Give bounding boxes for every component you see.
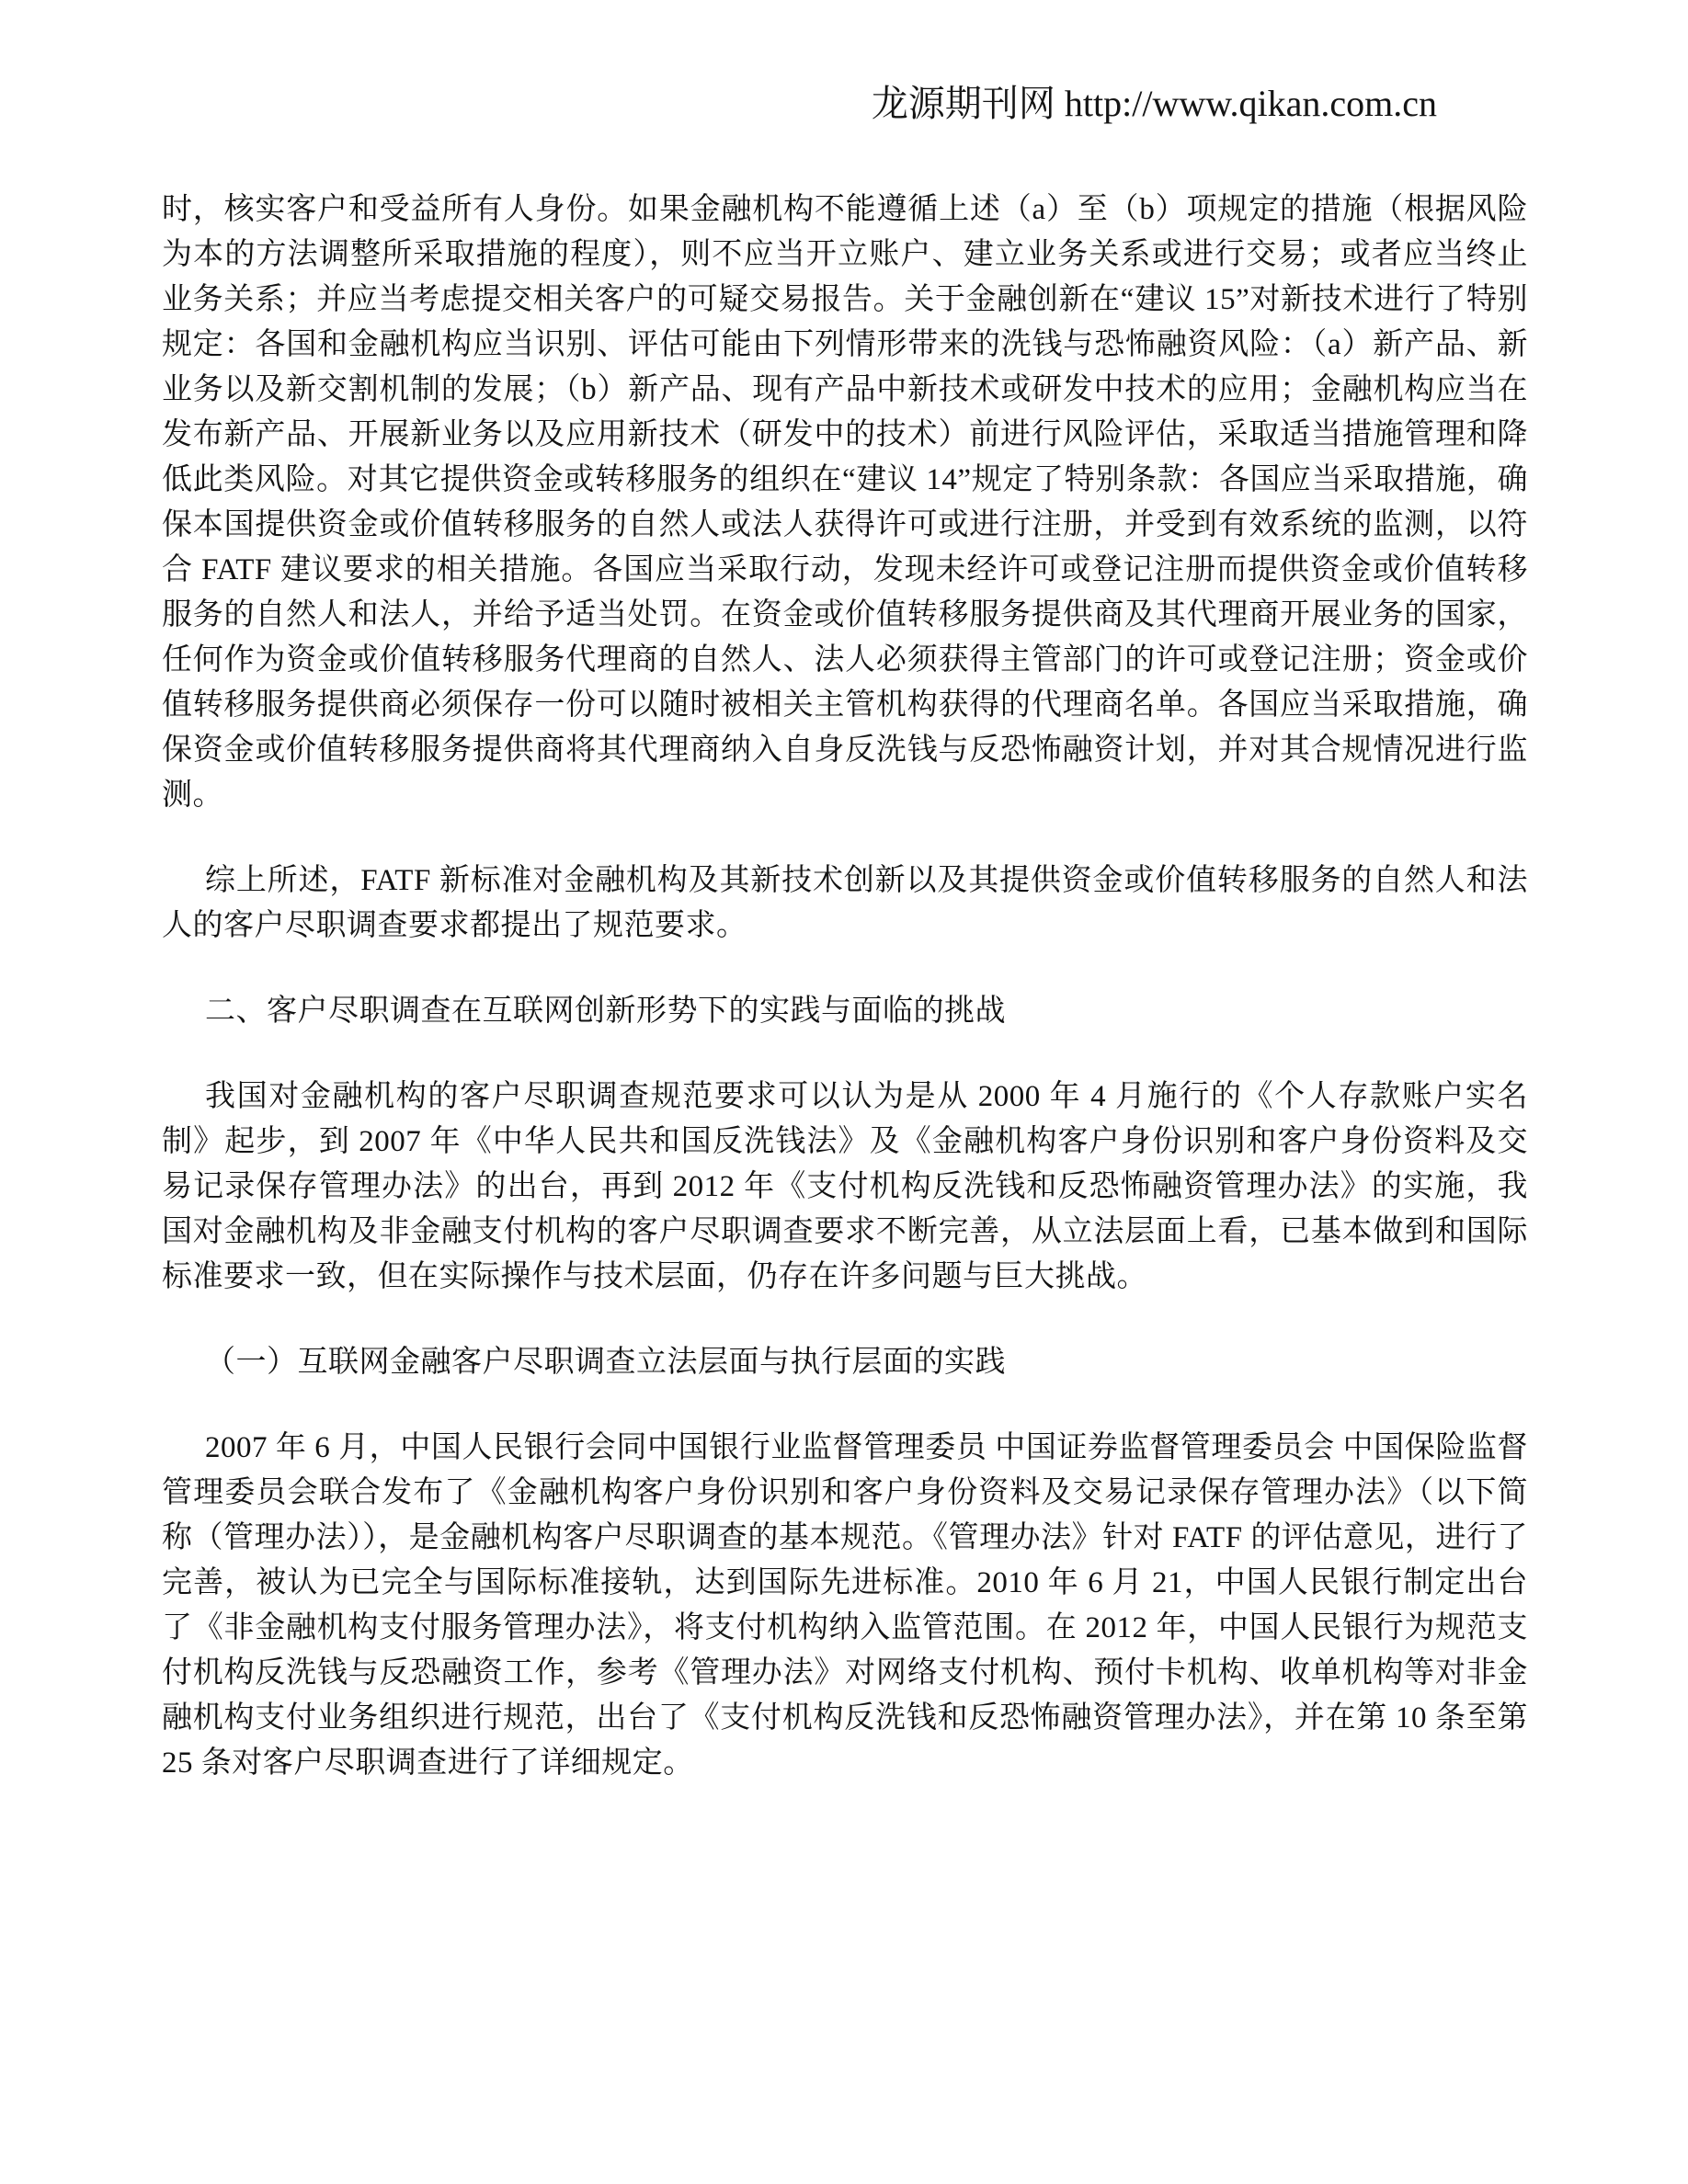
document-page: 龙源期刊网 http://www.qikan.com.cn 时，核实客户和受益所…	[0, 0, 1688, 2184]
journal-watermark-url: 龙源期刊网 http://www.qikan.com.cn	[872, 83, 1437, 124]
paragraph-summary: 综上所述，FATF 新标准对金融机构及其新技术创新以及其提供资金或价值转移服务的…	[162, 859, 1528, 949]
paragraph-china-regulation-history: 我国对金融机构的客户尽职调查规范要求可以认为是从 2000 年 4 月施行的《个…	[162, 1075, 1528, 1300]
paragraph-fatf-recommendations-continuation: 时，核实客户和受益所有人身份。如果金融机构不能遵循上述（a）至（b）项规定的措施…	[162, 188, 1528, 818]
section-heading-two: 二、客户尽职调查在互联网创新形势下的实践与面临的挑战	[162, 989, 1528, 1034]
subsection-heading-one: （一）互联网金融客户尽职调查立法层面与执行层面的实践	[162, 1340, 1528, 1385]
paragraph-regulatory-measures: 2007 年 6 月，中国人民银行会同中国银行业监督管理委员 中国证券监督管理委…	[162, 1426, 1528, 1786]
page-header: 龙源期刊网 http://www.qikan.com.cn	[0, 0, 1688, 127]
document-body: 时，核实客户和受益所有人身份。如果金融机构不能遵循上述（a）至（b）项规定的措施…	[0, 127, 1688, 1786]
